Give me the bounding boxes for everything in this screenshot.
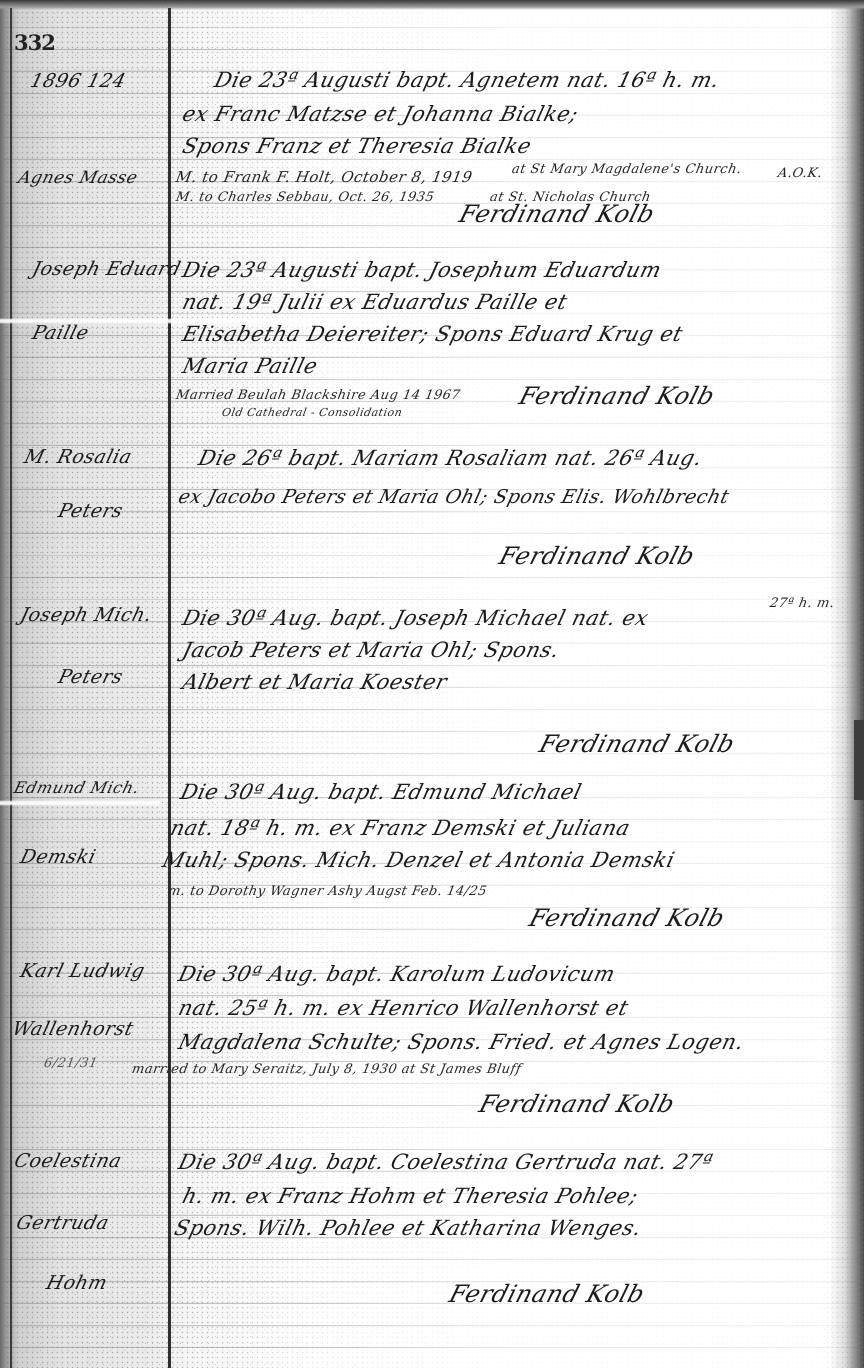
entry-line: Magdalena Schulte; Spons. Fried. et Agne… <box>176 1030 747 1054</box>
page-number: 332 <box>14 30 55 55</box>
entry-line: Albert et Maria Koester <box>180 670 450 694</box>
register-page: 332 1896 124 Agnes Masse Die 23ª Augusti… <box>0 0 864 1368</box>
entry-line: Die 26ª bapt. Mariam Rosaliam nat. 26ª A… <box>196 446 705 470</box>
entry-line: Elisabetha Deiereiter; Spons Eduard Krug… <box>180 322 685 346</box>
entry-year-number: 1896 124 <box>28 70 128 92</box>
entry-line: Die 30ª Aug. bapt. Coelestina Gertruda n… <box>176 1150 716 1174</box>
entry-margin-name: Joseph Eduard <box>30 258 183 280</box>
entry-margin-surname: Wallenhorst <box>10 1018 136 1040</box>
entry-line: nat. 18ª h. m. ex Franz Demski et Julian… <box>168 816 633 840</box>
priest-signature: Ferdinand Kolb <box>476 1090 678 1118</box>
annotation-note: married to Mary Seraitz, July 8, 1930 at… <box>131 1062 523 1077</box>
margin-date-note: 6/21/31 <box>43 1056 99 1071</box>
entry-margin-surname: Peters <box>56 666 125 688</box>
annotation-note: m. to Dorothy Wagner Ashy Augst Feb. 14/… <box>167 884 489 899</box>
entry-line: ex Franc Matzse et Johanna Bialke; <box>180 102 581 126</box>
priest-signature: Ferdinand Kolb <box>456 200 658 228</box>
priest-signature: Ferdinand Kolb <box>496 542 698 570</box>
paper-fold-damage <box>0 800 160 806</box>
entry-line: Die 23ª Augusti bapt. Agnetem nat. 16ª h… <box>212 68 722 92</box>
entry-line: Die 30ª Aug. bapt. Edmund Michael <box>178 780 584 804</box>
annotation-note: at St Mary Magdalene's Church. <box>511 162 743 177</box>
page-top-edge <box>0 0 864 10</box>
entry-line: Die 23ª Augusti bapt. Josephum Eduardum <box>180 258 664 282</box>
page-edge-tear <box>854 720 864 800</box>
left-border-line <box>10 8 12 1368</box>
entry-line: h. m. ex Franz Hohm et Theresia Pohlee; <box>180 1184 641 1208</box>
entry-margin-name: Karl Ludwig <box>18 960 147 982</box>
annotation-note: 27ª h. m. <box>769 596 836 611</box>
priest-signature: Ferdinand Kolb <box>446 1280 648 1308</box>
entry-line: Spons Franz et Theresia Bialke <box>180 134 534 158</box>
entry-margin-surname: Demski <box>18 846 98 868</box>
entry-line: Die 30ª Aug. bapt. Joseph Michael nat. e… <box>180 606 651 630</box>
annotation-note: Old Cathedral - Consolidation <box>221 406 404 419</box>
entry-margin-name: Edmund Mich. <box>12 778 142 797</box>
entry-line: Jacob Peters et Maria Ohl; Spons. <box>180 638 562 662</box>
entry-line: nat. 25ª h. m. ex Henrico Wallenhorst et <box>176 996 631 1020</box>
priest-signature: Ferdinand Kolb <box>536 730 738 758</box>
entry-line: nat. 19ª Julii ex Eduardus Paille et <box>180 290 570 314</box>
entry-margin-surname: Peters <box>56 500 125 522</box>
annotation-note: Married Beulah Blackshire Aug 14 1967 <box>175 388 462 403</box>
entry-margin-surname: Paille <box>30 322 91 344</box>
entry-margin-surname: Hohm <box>44 1272 110 1294</box>
annotation-note: M. to Frank F. Holt, October 8, 1919 <box>174 168 473 186</box>
entry-line: Spons. Wilh. Pohlee et Katharina Wenges. <box>172 1216 644 1240</box>
entry-margin-name-2: Gertruda <box>14 1212 111 1234</box>
entry-margin-name: M. Rosalia <box>22 446 134 468</box>
entry-margin-name: Coelestina <box>12 1150 124 1172</box>
entry-line: Muhl; Spons. Mich. Denzel et Antonia Dem… <box>160 848 677 872</box>
entry-margin-name: Agnes Masse <box>16 168 140 188</box>
annotation-note: A.O.K. <box>777 166 824 181</box>
entry-line: Die 30ª Aug. bapt. Karolum Ludovicum <box>176 962 618 986</box>
priest-signature: Ferdinand Kolb <box>526 904 728 932</box>
priest-signature: Ferdinand Kolb <box>516 382 718 410</box>
margin-column-divider <box>168 8 171 1368</box>
entry-margin-name: Joseph Mich. <box>18 604 154 626</box>
annotation-note: M. to Charles Sebbau, Oct. 26, 1935 <box>175 190 436 205</box>
entry-line: ex Jacobo Peters et Maria Ohl; Spons Eli… <box>176 486 732 508</box>
entry-line: Maria Paille <box>180 354 320 378</box>
